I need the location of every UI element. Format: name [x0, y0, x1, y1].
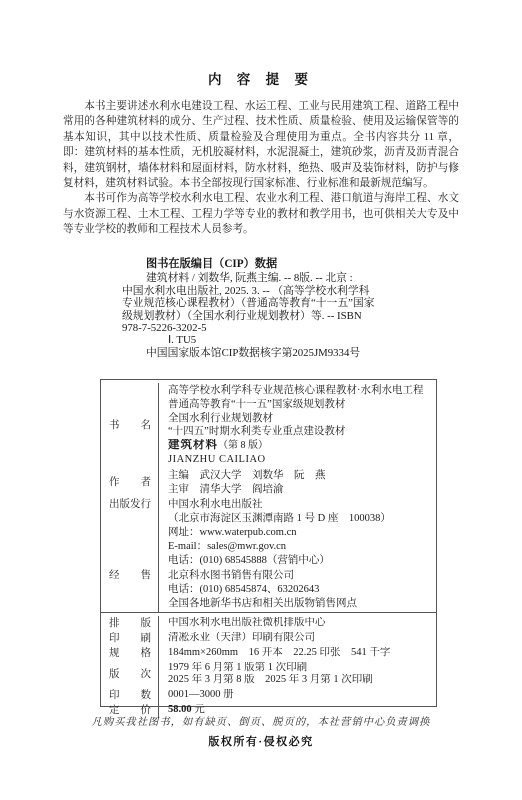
print-run: 0001—3000 册	[168, 689, 432, 702]
table-row-printer: 印刷 清凇永业（天津）印刷有限公司	[101, 631, 436, 646]
publisher-phone: 电话：(010) 68545888（营销中心）	[168, 554, 432, 568]
series-title: 高等学校水利学科专业规范核心课程教材·水利水电工程	[168, 384, 432, 398]
exchange-note: 凡购买我社图书，如有缺页、倒页、脱页的，本社营销中心负责调换	[0, 713, 522, 728]
table-row-edition: 版次 1979 年 6 月第 1 版第 1 次印刷 2025 年 3 月第 8 …	[101, 661, 436, 688]
cip-block: 图书在版编目（CIP）数据 建筑材料 / 刘数华, 阮燕主编. -- 8版. -…	[122, 258, 444, 359]
book-title: 建筑材料	[168, 439, 218, 451]
first-edition-info: 1979 年 6 月第 1 版第 1 次印刷	[168, 662, 432, 675]
cip-registration-number: 中国国家版本馆CIP数据核字第2025JM9334号	[146, 347, 444, 359]
row-label: 排版	[101, 616, 159, 631]
chief-reviewer: 主审 清华大学 阎培渝	[168, 483, 432, 497]
publisher-address: （北京市海淀区玉渊潭南路 1 号 D 座 100038）	[168, 512, 432, 526]
row-label: 印刷	[101, 631, 159, 646]
distributor-phone: 电话：(010) 68545874、63202643	[168, 583, 432, 597]
row-label: 书名	[101, 383, 159, 468]
summary-title: 内 容 提 要	[0, 68, 522, 88]
publisher-email: E-mail：sales@mwr.gov.cn	[168, 540, 432, 554]
series-title: “十四五”时期水利类专业重点建设教材	[168, 425, 432, 439]
colophon-group-main: 书名 高等学校水利学科专业规范核心课程教材·水利水电工程 普通高等教育“十一五”…	[101, 380, 436, 612]
cip-line: 中国水利水电出版社, 2025. 3. -- （高等学校水利学科	[122, 285, 444, 297]
book-edition: （第 8 版）	[218, 440, 268, 451]
summary-paragraph-2: 本书可作为高等学校水利水电工程、农业水利工程、港口航道与海岸工程、水文与水资源工…	[63, 191, 459, 237]
current-edition-info: 2025 年 3 月第 8 版 2025 年 3 月第 1 次印刷	[168, 674, 432, 687]
table-row-print-run: 印数 0001—3000 册	[101, 688, 436, 703]
cip-line: 建筑材料 / 刘数华, 阮燕主编. -- 8版. -- 北京 :	[146, 272, 444, 284]
summary-paragraphs: 本书主要讲述水利水电建设工程、水运工程、工业与民用建筑工程、道路工程中常用的各种…	[63, 99, 459, 238]
row-label: 版次	[101, 661, 159, 688]
row-label: 作者	[101, 468, 159, 498]
distributor-name: 北京科水图书销售有限公司	[168, 569, 432, 583]
cip-isbn: 978-7-5226-3202-5	[122, 322, 444, 334]
publisher-name: 中国水利水电出版社	[168, 498, 432, 512]
cip-heading: 图书在版编目（CIP）数据	[146, 258, 444, 270]
cip-line: 专业规范核心课程教材）（普通高等教育“十一五”国家	[122, 297, 444, 309]
series-title: 全国水利行业规划教材	[168, 412, 432, 426]
row-label: 经售	[101, 568, 159, 611]
table-row-publisher: 出版发行 中国水利水电出版社 （北京市海淀区玉渊潭南路 1 号 D 座 1000…	[101, 497, 436, 568]
table-row-typesetting: 排版 中国水利水电出版社微机排版中心	[101, 616, 436, 631]
series-title: 普通高等教育“十一五”国家级规划教材	[168, 398, 432, 412]
format-spec: 184mm×260mm 16 开本 22.25 印张 541 千字	[168, 647, 432, 660]
book-title-pinyin: JIANZHU CAILIAO	[168, 453, 432, 467]
table-row-book-name: 书名 高等学校水利学科专业规范核心课程教材·水利水电工程 普通高等教育“十一五”…	[101, 383, 436, 468]
copyright-notice: 版权所有·侵权必究	[0, 733, 522, 749]
distributor-outlets: 全国各地新华书店和相关出版物销售网点	[168, 597, 432, 611]
table-row-authors: 作者 主编 武汉大学 刘数华 阮 燕 主审 清华大学 阎培渝	[101, 468, 436, 498]
row-label: 规格	[101, 646, 159, 661]
publisher-website: 网址：www.waterpub.com.cn	[168, 526, 432, 540]
typesetter-name: 中国水利水电出版社微机排版中心	[168, 617, 432, 630]
row-label: 印数	[101, 688, 159, 703]
summary-paragraph-1: 本书主要讲述水利水电建设工程、水运工程、工业与民用建筑工程、道路工程中常用的各种…	[63, 99, 459, 191]
row-label: 出版发行	[101, 497, 159, 568]
book-title-line: 建筑材料（第 8 版）	[168, 439, 432, 453]
cip-classification: Ⅰ. TU5	[168, 334, 444, 346]
page-footer: 凡购买我社图书，如有缺页、倒页、脱页的，本社营销中心负责调换 版权所有·侵权必究	[0, 713, 522, 749]
table-row-distributor: 经售 北京科水图书销售有限公司 电话：(010) 68545874、632026…	[101, 568, 436, 611]
table-row-format: 规格 184mm×260mm 16 开本 22.25 印张 541 千字	[101, 646, 436, 661]
colophon-table: 书名 高等学校水利学科专业规范核心课程教材·水利水电工程 普通高等教育“十一五”…	[100, 379, 437, 707]
cip-line: 级规划教材）（全国水利行业规划教材）等. -- ISBN	[122, 310, 444, 322]
copyright-page: 内 容 提 要 本书主要讲述水利水电建设工程、水运工程、工业与民用建筑工程、道路…	[0, 0, 522, 800]
printer-name: 清凇永业（天津）印刷有限公司	[168, 632, 432, 645]
chief-editor: 主编 武汉大学 刘数华 阮 燕	[168, 469, 432, 483]
colophon-group-print: 排版 中国水利水电出版社微机排版中心 印刷 清凇永业（天津）印刷有限公司 规格 …	[101, 612, 436, 713]
